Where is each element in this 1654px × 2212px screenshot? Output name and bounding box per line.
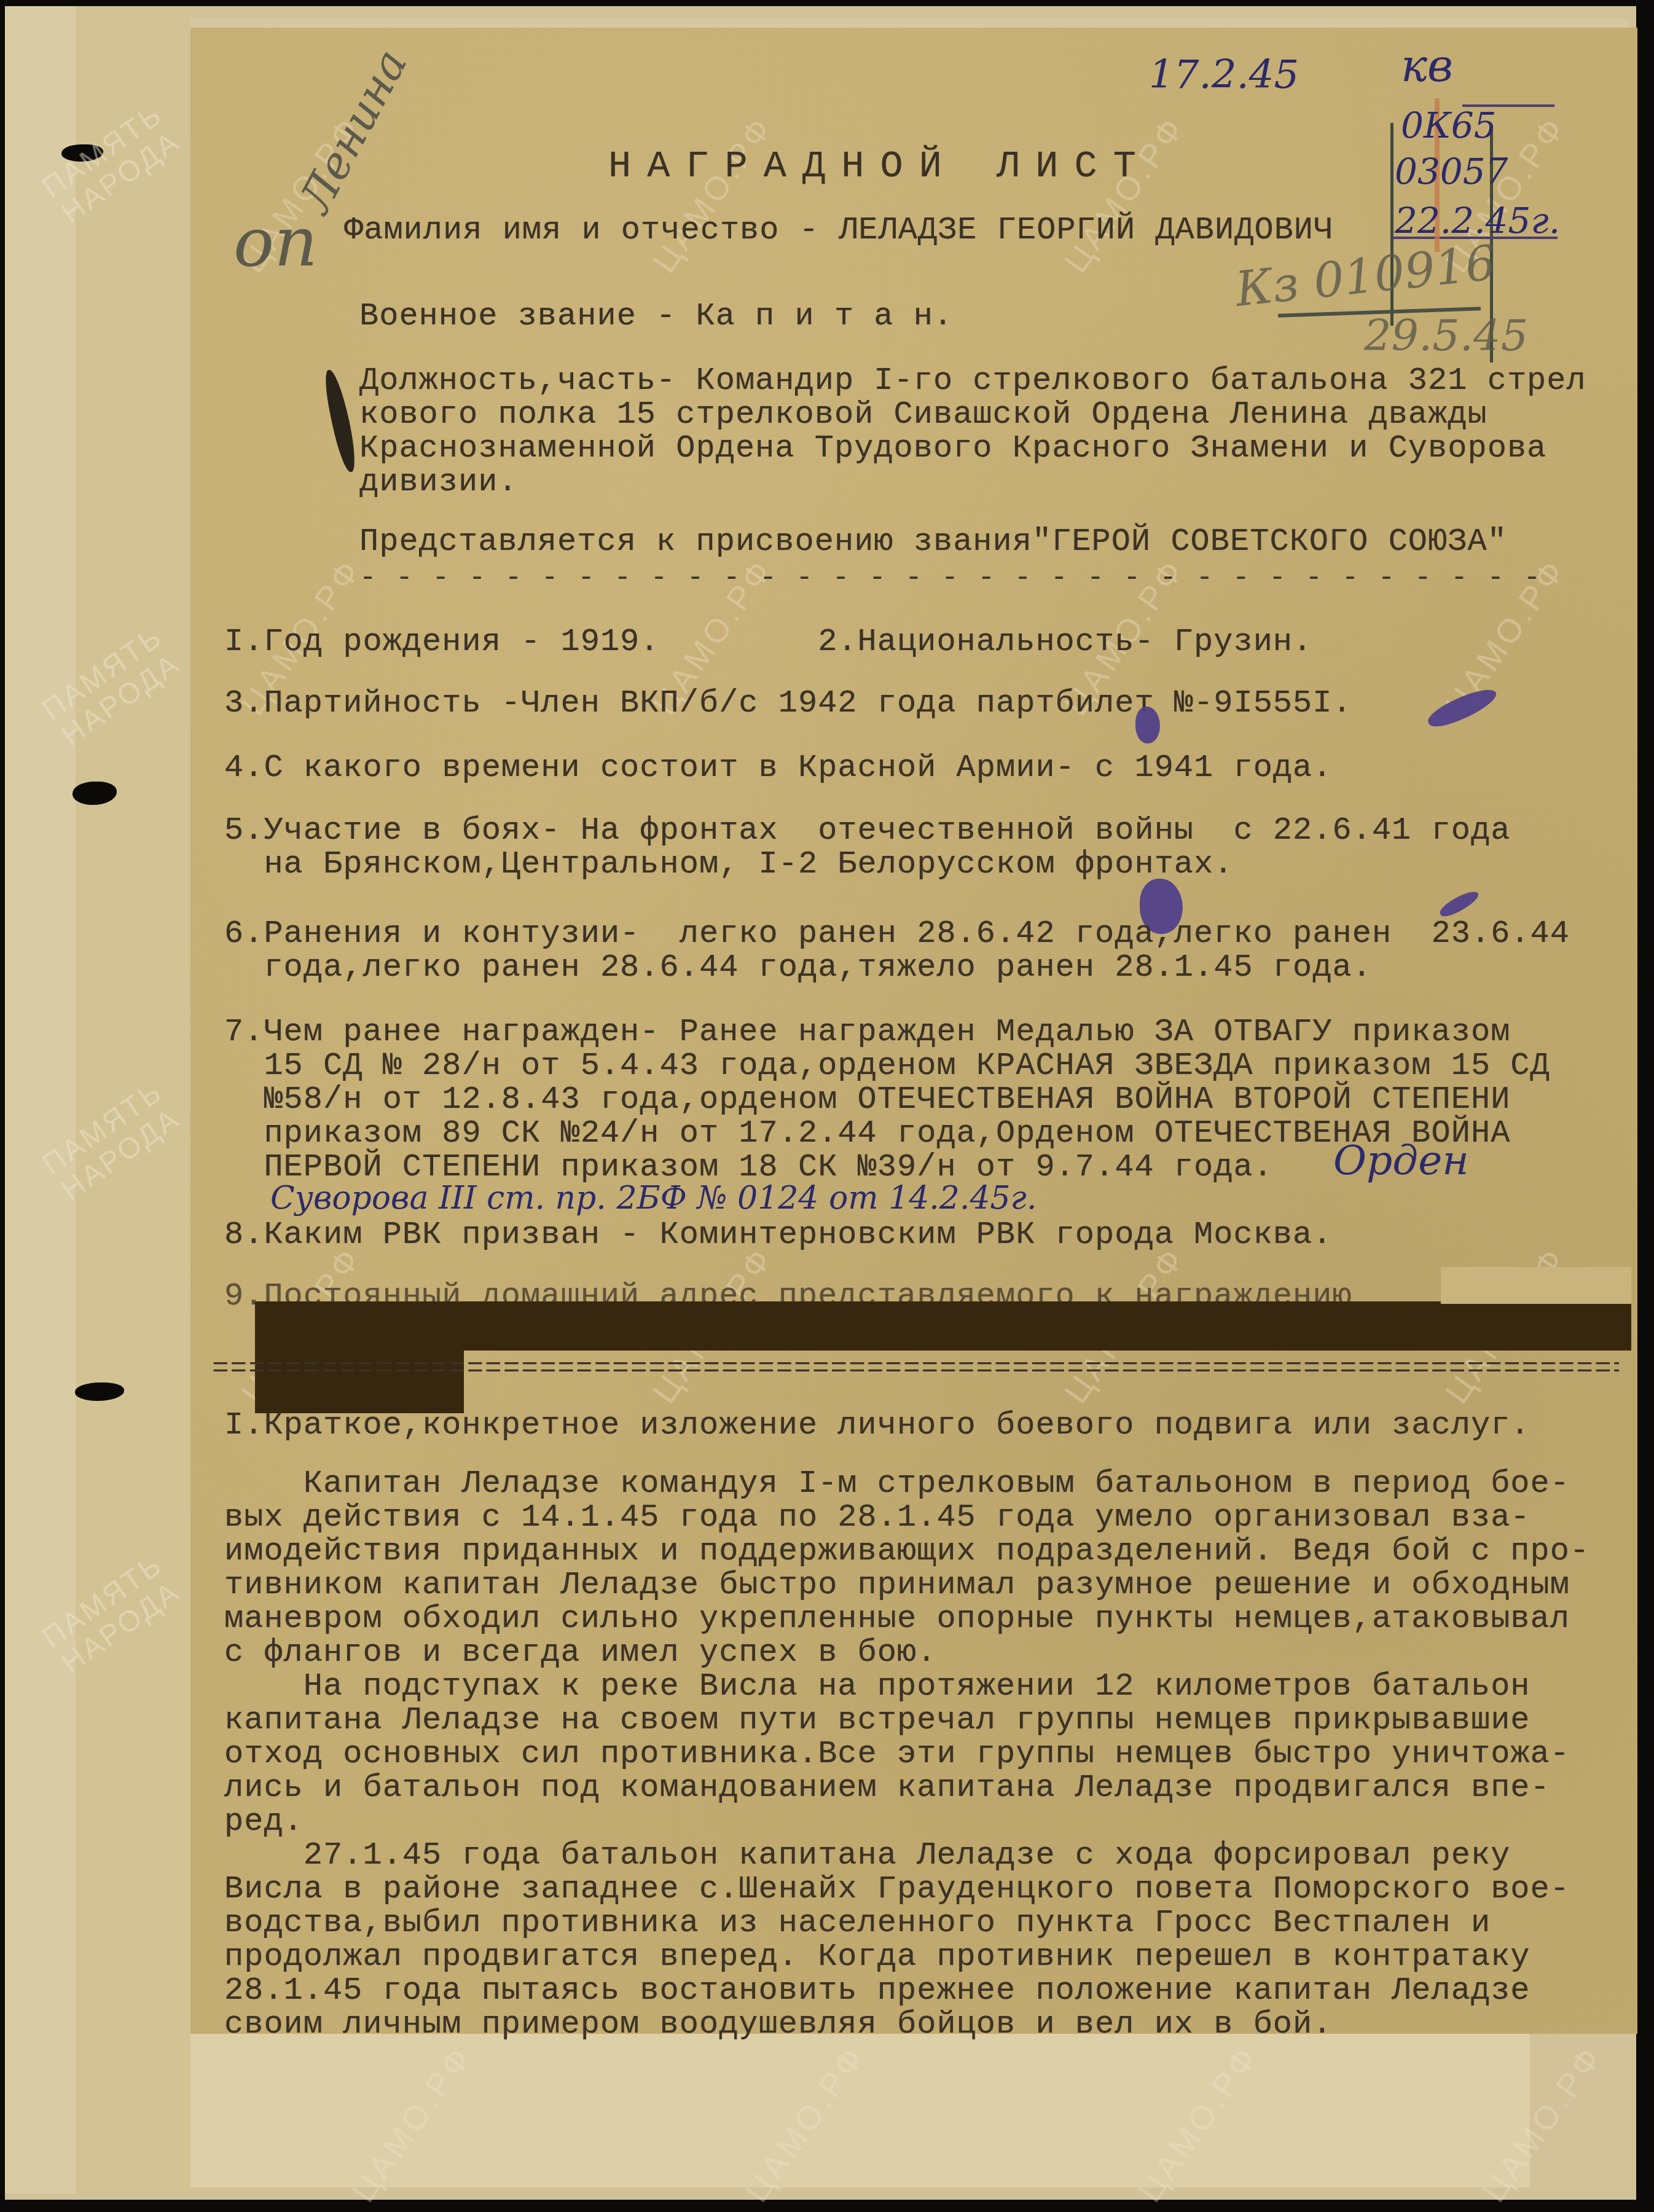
handwritten-award-note: Орден <box>1333 1137 1469 1184</box>
register-date: 22.2.45г. <box>1395 200 1560 241</box>
redacted-address-block <box>255 1346 464 1413</box>
narrative-line: Капитан Леладзе командуя I-м стрелковым … <box>224 1465 1570 1502</box>
item-previous-awards: №58/н от 12.8.43 года,орденом ОТЕЧЕСТВЕН… <box>224 1081 1510 1118</box>
name-field: Фамилия имя и отчество - ЛЕЛАДЗЕ ГЕОРГИЙ… <box>344 212 1333 248</box>
item-previous-awards: 7.Чем ранее награжден- Ранее награжден М… <box>224 1014 1510 1050</box>
narrative-line: своим личным примером воодушевляя бойцов… <box>224 2006 1332 2042</box>
handwritten-margin-mark: оп <box>233 203 318 281</box>
rank-field: Военное звание - Ка п и т а н. <box>359 298 953 334</box>
narrative-line: 28.1.45 года пытаясь востановить прежнее… <box>224 1972 1531 2009</box>
narrative-line: продолжал продвигатся вперед. Когда прот… <box>224 1939 1531 1975</box>
nomination-line: Представляется к присвоению звания"ГЕРОЙ… <box>359 524 1507 560</box>
pencil-date: 29.5.45 <box>1364 310 1528 361</box>
item-enlistment-office: 8.Каким РВК призван - Коминтерновским РВ… <box>224 1217 1332 1253</box>
narrative-line: ред. <box>224 1803 304 1840</box>
narrative-line: вых действия с 14.1.45 года по 28.1.45 г… <box>224 1499 1531 1535</box>
narrative-line: отход основных сил противника.Все эти гр… <box>224 1736 1570 1772</box>
handwritten-date: 17.2.45 <box>1149 52 1299 98</box>
ink-blot <box>1135 707 1160 743</box>
double-separator: ========================================… <box>212 1361 1619 1377</box>
position-field-line: Должность,часть- Командир I-го стрелково… <box>359 363 1586 399</box>
narrative-line: с флангов и всегда имел успех в бою. <box>224 1634 936 1671</box>
register-number-1: 0К65 <box>1401 104 1497 146</box>
item-previous-awards: 15 СД № 28/н от 5.4.43 года,орденом КРАС… <box>224 1048 1550 1084</box>
narrative-line: маневром обходил сильно укрепленные опор… <box>224 1601 1570 1637</box>
binding-strip-outer <box>5 6 76 2194</box>
item-previous-awards: приказом 89 СК №24/н от 17.2.44 года,Орд… <box>224 1115 1510 1151</box>
position-field-line: дивизии. <box>359 464 518 500</box>
register-number-2: 03057 <box>1395 151 1508 192</box>
narrative-line: лись и батальон под командованием капита… <box>224 1770 1550 1806</box>
item-party: 3.Партийность -Член ВКП/б/с 1942 года па… <box>224 685 1352 721</box>
handwritten-award-note: Суворова III ст. пр. 2БФ № 0124 от 14.2.… <box>270 1180 1037 1217</box>
dashed-separator: - - - - - - - - - - - - - - - - - - - - … <box>359 562 1539 594</box>
item-wounds: 6.Ранения и контузии- легко ранен 28.6.4… <box>224 916 1570 952</box>
narrative-line: Висла в районе западнее с.Шенайх Грауден… <box>224 1871 1570 1907</box>
item-army-since: 4.С какого времени состоит в Красной Арм… <box>224 750 1332 786</box>
document-title: НАГРАДНОЙ ЛИСТ <box>608 144 1152 188</box>
item-combat-participation: 5.Участие в боях- На фронтах отечественн… <box>224 812 1510 849</box>
redaction-patch <box>1441 1267 1631 1304</box>
item-combat-participation: на Брянском,Центральном, I-2 Белорусском… <box>224 846 1233 882</box>
position-field-line: кового полка 15 стрелковой Сивашской Орд… <box>359 396 1487 433</box>
redacted-address-block <box>255 1301 1631 1351</box>
handwritten-code: кв <box>1401 40 1453 92</box>
item-birth-nationality: I.Год рождения - 1919. 2.Национальность-… <box>224 624 1312 660</box>
position-field-line: Краснознаменной Ордена Трудового Красног… <box>359 430 1546 466</box>
feat-section-heading: I.Краткое,конкретное изложение личного б… <box>224 1407 1531 1443</box>
narrative-line: 27.1.45 года батальон капитана Леладзе с… <box>224 1837 1510 1873</box>
narrative-line: На подступах к реке Висла на протяжении … <box>224 1668 1531 1704</box>
narrative-line: капитана Леладзе на своем пути встречал … <box>224 1702 1531 1738</box>
narrative-line: имодействия приданных и поддерживающих п… <box>224 1533 1589 1569</box>
narrative-line: водства,выбил противника из населенного … <box>224 1905 1491 1941</box>
item-wounds: года,легко ранен 28.6.44 года,тяжело ран… <box>224 949 1372 986</box>
narrative-line: тивником капитан Леладзе быстро принимал… <box>224 1567 1570 1603</box>
